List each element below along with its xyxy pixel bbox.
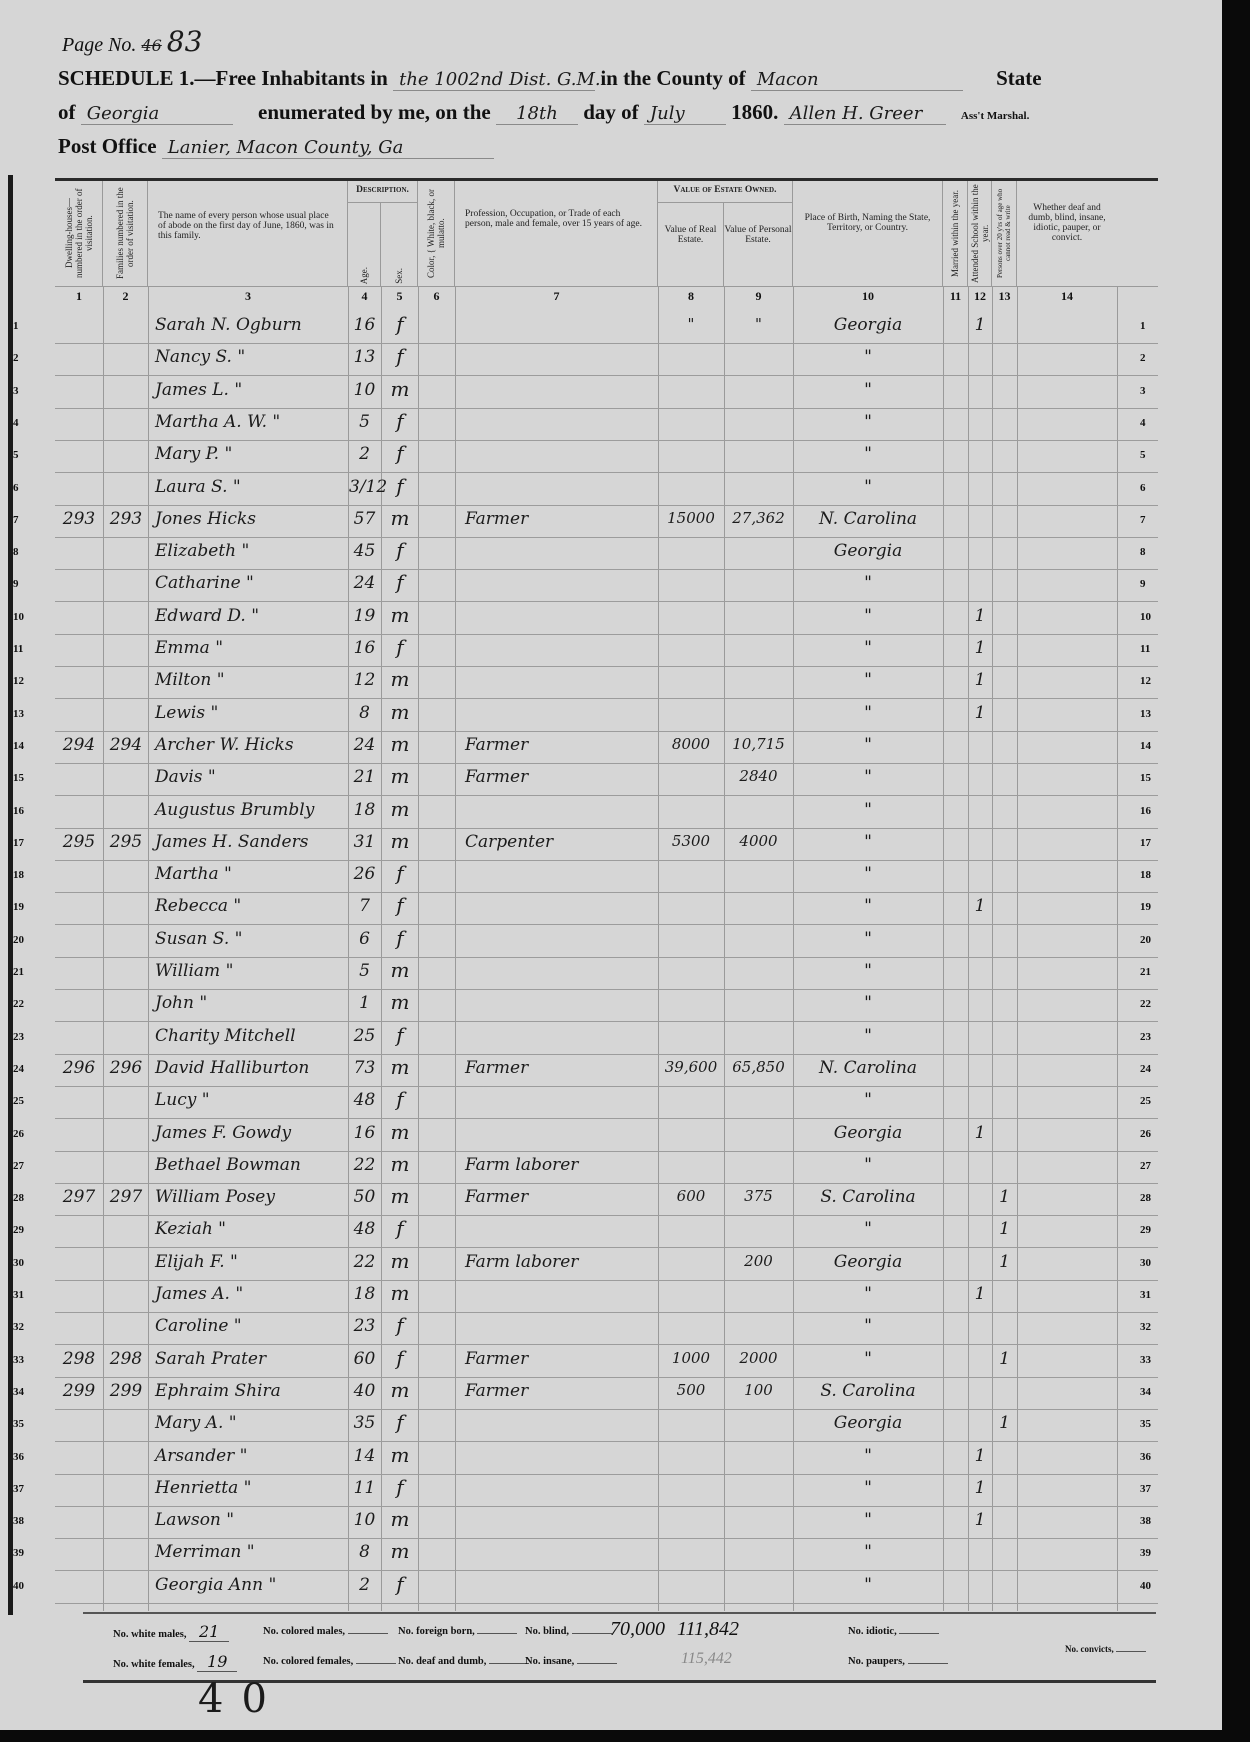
person-sex: f (382, 1572, 418, 1596)
colored-males-count: No. colored males, (263, 1626, 388, 1637)
row-number-right: 15 (1140, 772, 1151, 784)
person-sex: f (382, 1410, 418, 1434)
person-name: Charity Mitchell (155, 1026, 296, 1046)
person-name: Davis " (155, 767, 216, 787)
birthplace: " (795, 606, 941, 626)
scan-border-right (1222, 0, 1250, 1742)
page-summary: No. white males, 21 No. white females, 1… (83, 1612, 1156, 1683)
birthplace: " (795, 1284, 941, 1304)
person-age: 3/12 (349, 477, 380, 497)
person-sex: m (382, 1184, 418, 1208)
personal-estate-value: 2000 (725, 1349, 792, 1367)
row-number-right: 39 (1140, 1547, 1151, 1559)
col-header-sex: Sex. (381, 203, 418, 286)
person-sex: m (382, 764, 418, 788)
foreign-born-count: No. foreign born, (398, 1626, 517, 1637)
table-row: 26 James F. Gowdy 16 m Georgia 1 26 (55, 1119, 1158, 1152)
table-row: 14 294 294 Archer W. Hicks 24 m Farmer 8… (55, 731, 1158, 764)
person-age: 50 (349, 1187, 380, 1207)
school-mark: 1 (968, 315, 992, 335)
row-number-right: 36 (1140, 1451, 1151, 1463)
row-number-right: 32 (1140, 1321, 1151, 1333)
birthplace: " (795, 1155, 941, 1175)
birthplace: " (795, 444, 941, 464)
row-number-right: 26 (1140, 1128, 1151, 1140)
person-name: Sarah N. Ogburn (155, 315, 302, 335)
row-number-right: 27 (1140, 1160, 1151, 1172)
birthplace: " (795, 993, 941, 1013)
birthplace: " (795, 1446, 941, 1466)
person-age: 18 (349, 1284, 380, 1304)
person-name: William " (155, 961, 233, 981)
row-number-left: 2 (13, 352, 19, 364)
person-sex: f (382, 1313, 418, 1337)
row-number-left: 31 (13, 1289, 24, 1301)
row-number-right: 16 (1140, 805, 1151, 817)
table-row: 37 Henrietta " 11 f " 1 37 (55, 1474, 1158, 1507)
person-sex: m (382, 667, 418, 691)
description-group-header: Description. (348, 181, 418, 203)
table-row: 6 Laura S. " 3/12 f " 6 (55, 473, 1158, 506)
schedule-title-line: SCHEDULE 1.—Free Inhabitants in the 1002… (58, 66, 1042, 91)
person-age: 5 (349, 961, 380, 981)
person-name: James H. Sanders (155, 832, 308, 852)
birthplace: S. Carolina (795, 1381, 941, 1401)
real-estate-value: 15000 (659, 509, 723, 527)
dwelling-number: 296 (57, 1058, 101, 1078)
day-field: 18th (496, 103, 578, 125)
row-number-left: 4 (13, 417, 19, 429)
page-total-pencil: 40 (198, 1676, 285, 1722)
table-row: 11 Emma " 16 f " 1 11 (55, 634, 1158, 667)
person-age: 40 (349, 1381, 380, 1401)
person-age: 1 (349, 993, 380, 1013)
row-number-right: 1 (1140, 320, 1146, 332)
row-number-right: 10 (1140, 611, 1151, 623)
person-name: Lawson " (155, 1510, 234, 1530)
row-number-right: 28 (1140, 1192, 1151, 1204)
row-number-right: 9 (1140, 578, 1146, 590)
table-row: 24 296 296 David Halliburton 73 m Farmer… (55, 1054, 1158, 1087)
person-name: Caroline " (155, 1316, 242, 1336)
birthplace: " (795, 412, 941, 432)
table-row: 8 Elizabeth " 45 f Georgia 8 (55, 537, 1158, 570)
table-row: 28 297 297 William Posey 50 m Farmer 600… (55, 1183, 1158, 1216)
census-table: Dwelling-houses—numbered in the order of… (55, 178, 1158, 1611)
birthplace: " (795, 573, 941, 593)
person-sex: f (382, 1346, 418, 1370)
birthplace: " (795, 1510, 941, 1530)
person-name: Elijah F. " (155, 1252, 238, 1272)
table-row: 31 James A. " 18 m " 1 31 (55, 1280, 1158, 1313)
person-sex: m (382, 732, 418, 756)
row-number-right: 11 (1140, 643, 1150, 655)
person-age: 22 (349, 1155, 380, 1175)
person-age: 8 (349, 1542, 380, 1562)
personal-estate-value: 65,850 (725, 1058, 792, 1076)
illiterate-mark: 1 (992, 1413, 1017, 1433)
table-row: 21 William " 5 m " 21 (55, 957, 1158, 990)
school-mark: 1 (968, 606, 992, 626)
person-age: 25 (349, 1026, 380, 1046)
school-mark: 1 (968, 703, 992, 723)
row-number-right: 35 (1140, 1418, 1151, 1430)
table-row: 1 Sarah N. Ogburn 16 f " " Georgia 1 1 (55, 311, 1158, 344)
col-header-disability: Whether deaf and dumb, blind, insane, id… (1017, 181, 1117, 286)
post-office-field: Lanier, Macon County, Ga (162, 137, 494, 159)
row-number-right: 24 (1140, 1063, 1151, 1075)
row-number-left: 26 (13, 1128, 24, 1140)
row-number-right: 37 (1140, 1483, 1151, 1495)
person-age: 14 (349, 1446, 380, 1466)
personal-estate-value: " (725, 315, 792, 333)
person-sex: f (382, 409, 418, 433)
person-occupation: Farmer (465, 735, 528, 755)
row-number-left: 3 (13, 385, 19, 397)
person-age: 57 (349, 509, 380, 529)
row-number-left: 18 (13, 869, 24, 881)
person-age: 16 (349, 1123, 380, 1143)
person-sex: f (382, 893, 418, 917)
person-age: 2 (349, 444, 380, 464)
person-age: 16 (349, 315, 380, 335)
person-sex: f (382, 1475, 418, 1499)
person-age: 60 (349, 1349, 380, 1369)
real-estate-total: 70,000 (610, 1618, 665, 1641)
person-sex: f (382, 1023, 418, 1047)
birthplace: " (795, 735, 941, 755)
row-number-left: 39 (13, 1547, 24, 1559)
birthplace: " (795, 1090, 941, 1110)
table-row: 38 Lawson " 10 m " 1 38 (55, 1506, 1158, 1539)
birthplace: " (795, 638, 941, 658)
person-name: Nancy S. " (155, 347, 245, 367)
school-mark: 1 (968, 670, 992, 690)
col-header-personal-estate: Value of Personal Estate. (724, 203, 793, 286)
row-number-left: 33 (13, 1354, 24, 1366)
table-row: 27 Bethael Bowman 22 m Farm laborer " 27 (55, 1151, 1158, 1184)
row-number-left: 6 (13, 482, 19, 494)
school-mark: 1 (968, 1478, 992, 1498)
col-header-illiterate: Persons over 20 y'rs of age who cannot r… (992, 181, 1017, 286)
col-header-married: Married within the year. (943, 181, 968, 286)
person-sex: f (382, 1216, 418, 1240)
person-age: 22 (349, 1252, 380, 1272)
table-row: 2 Nancy S. " 13 f " 2 (55, 343, 1158, 376)
person-age: 24 (349, 735, 380, 755)
person-name: Arsander " (155, 1446, 248, 1466)
person-age: 5 (349, 412, 380, 432)
person-sex: m (382, 1281, 418, 1305)
real-estate-value: 500 (659, 1381, 723, 1399)
person-sex: m (382, 377, 418, 401)
personal-estate-total: 111,842 (677, 1618, 739, 1641)
person-name: Susan S. " (155, 929, 242, 949)
person-age: 48 (349, 1219, 380, 1239)
table-row: 5 Mary P. " 2 f " 5 (55, 440, 1158, 473)
birthplace: " (795, 670, 941, 690)
row-number-right: 5 (1140, 449, 1146, 461)
person-name: Merriman " (155, 1542, 255, 1562)
person-name: Rebecca " (155, 896, 241, 916)
person-age: 13 (349, 347, 380, 367)
person-sex: m (382, 829, 418, 853)
dwelling-number: 298 (57, 1349, 101, 1369)
person-age: 21 (349, 767, 380, 787)
col-header-birthplace: Place of Birth, Naming the State, Territ… (793, 181, 943, 286)
table-row: 34 299 299 Ephraim Shira 40 m Farmer 500… (55, 1377, 1158, 1410)
person-sex: m (382, 506, 418, 530)
person-name: Milton " (155, 670, 225, 690)
person-occupation: Farmer (465, 1349, 528, 1369)
row-number-left: 7 (13, 514, 19, 526)
person-name: Martha " (155, 864, 232, 884)
person-occupation: Farmer (465, 767, 528, 787)
col-header-age: Age. (348, 203, 381, 286)
personal-estate-total-pencil: 115,442 (681, 1650, 732, 1668)
row-number-left: 19 (13, 901, 24, 913)
person-age: 10 (349, 380, 380, 400)
birthplace: " (795, 800, 941, 820)
school-mark: 1 (968, 896, 992, 916)
person-name: Mary P. " (155, 444, 232, 464)
table-row: 22 John " 1 m " 22 (55, 989, 1158, 1022)
row-number-right: 30 (1140, 1257, 1151, 1269)
birthplace: " (795, 1316, 941, 1336)
personal-estate-value: 100 (725, 1381, 792, 1399)
real-estate-value: 39,600 (659, 1058, 723, 1076)
person-name: Mary A. " (155, 1413, 237, 1433)
white-females-count: No. white females, 19 (113, 1652, 237, 1672)
person-name: John " (155, 993, 207, 1013)
col-header-color: Color, { White, black, or mulatto. (418, 181, 455, 286)
table-row: 3 James L. " 10 m " 3 (55, 376, 1158, 409)
person-age: 19 (349, 606, 380, 626)
person-name: Augustus Brumbly (155, 800, 314, 820)
table-row: 25 Lucy " 48 f " 25 (55, 1086, 1158, 1119)
person-name: Laura S. " (155, 477, 241, 497)
table-row: 36 Arsander " 14 m " 1 36 (55, 1442, 1158, 1475)
person-age: 10 (349, 1510, 380, 1530)
person-age: 8 (349, 703, 380, 723)
person-occupation: Farmer (465, 509, 528, 529)
birthplace: S. Carolina (795, 1187, 941, 1207)
col-header-real-estate: Value of Real Estate. (658, 203, 724, 286)
dwelling-number: 297 (57, 1187, 101, 1207)
row-number-right: 21 (1140, 966, 1151, 978)
dwelling-number: 294 (57, 735, 101, 755)
table-row: 23 Charity Mitchell 25 f " 23 (55, 1022, 1158, 1055)
white-males-count: No. white males, 21 (113, 1622, 229, 1642)
birthplace: " (795, 1575, 941, 1595)
birthplace: " (795, 477, 941, 497)
table-row: 17 295 295 James H. Sanders 31 m Carpent… (55, 828, 1158, 861)
family-number: 296 (105, 1058, 147, 1078)
col-header-family: Families numbered in the order of visita… (103, 181, 148, 286)
table-row: 12 Milton " 12 m " 1 12 (55, 666, 1158, 699)
birthplace: " (795, 1349, 941, 1369)
birthplace: " (795, 380, 941, 400)
row-number-left: 5 (13, 449, 19, 461)
row-number-left: 40 (13, 1580, 24, 1592)
family-number: 299 (105, 1381, 147, 1401)
colored-females-count: No. colored females, (263, 1656, 396, 1667)
person-age: 7 (349, 896, 380, 916)
birthplace: " (795, 896, 941, 916)
table-row: 7 293 293 Jones Hicks 57 m Farmer 15000 … (55, 505, 1158, 538)
table-row: 18 Martha " 26 f " 18 (55, 860, 1158, 893)
family-number: 293 (105, 509, 147, 529)
person-age: 23 (349, 1316, 380, 1336)
birthplace: " (795, 961, 941, 981)
row-number-right: 29 (1140, 1224, 1151, 1236)
birthplace: " (795, 1026, 941, 1046)
row-number-left: 27 (13, 1160, 24, 1172)
page-number: Page No. 46 83 (62, 25, 202, 58)
personal-estate-value: 27,362 (725, 509, 792, 527)
person-name: William Posey (155, 1187, 275, 1207)
person-name: Georgia Ann " (155, 1575, 276, 1595)
personal-estate-value: 10,715 (725, 735, 792, 753)
person-sex: m (382, 1120, 418, 1144)
scan-border-bottom (0, 1730, 1250, 1742)
row-number-right: 2 (1140, 352, 1146, 364)
page-number-struck: 46 (141, 36, 161, 55)
person-sex: f (382, 570, 418, 594)
person-age: 2 (349, 1575, 380, 1595)
family-number: 297 (105, 1187, 147, 1207)
col-header-dwelling: Dwelling-houses—numbered in the order of… (55, 181, 103, 286)
person-sex: f (382, 1087, 418, 1111)
census-page: Page No. 46 83 SCHEDULE 1.—Free Inhabita… (0, 0, 1250, 1730)
marshal-name: Allen H. Greer (784, 103, 946, 125)
row-number-left: 16 (13, 805, 24, 817)
row-number-left: 8 (13, 546, 19, 558)
row-number-left: 21 (13, 966, 24, 978)
birthplace: " (795, 703, 941, 723)
family-number: 298 (105, 1349, 147, 1369)
person-name: James L. " (155, 380, 242, 400)
row-number-right: 38 (1140, 1515, 1151, 1527)
row-number-right: 7 (1140, 514, 1146, 526)
row-number-right: 19 (1140, 901, 1151, 913)
birthplace: Georgia (795, 1413, 941, 1433)
birthplace: " (795, 767, 941, 787)
person-sex: f (382, 312, 418, 336)
row-number-right: 13 (1140, 708, 1151, 720)
birthplace: " (795, 347, 941, 367)
table-row: 19 Rebecca " 7 f " 1 19 (55, 892, 1158, 925)
idiotic-count: No. idiotic, (848, 1626, 939, 1637)
col-header-school: Attended School within the year. (968, 181, 992, 286)
table-row: 30 Elijah F. " 22 m Farm laborer 200 Geo… (55, 1248, 1158, 1281)
table-row: 9 Catharine " 24 f " 9 (55, 569, 1158, 602)
person-sex: m (382, 797, 418, 821)
row-number-left: 14 (13, 740, 24, 752)
person-name: Elizabeth " (155, 541, 249, 561)
table-row: 15 Davis " 21 m Farmer 2840 " 15 (55, 763, 1158, 796)
table-row: 35 Mary A. " 35 f Georgia 1 35 (55, 1409, 1158, 1442)
state-field: Georgia (81, 103, 233, 125)
person-age: 16 (349, 638, 380, 658)
real-estate-value: 5300 (659, 832, 723, 850)
row-number-right: 34 (1140, 1386, 1151, 1398)
person-name: Emma " (155, 638, 223, 658)
person-sex: f (382, 344, 418, 368)
table-row: 33 298 298 Sarah Prater 60 f Farmer 1000… (55, 1345, 1158, 1378)
person-age: 11 (349, 1478, 380, 1498)
table-row: 20 Susan S. " 6 f " 20 (55, 925, 1158, 958)
row-number-right: 31 (1140, 1289, 1151, 1301)
enumeration-line: of Georgia enumerated by me, on the 18th… (58, 100, 1029, 125)
person-age: 26 (349, 864, 380, 884)
row-number-left: 15 (13, 772, 24, 784)
row-number-right: 18 (1140, 869, 1151, 881)
birthplace: N. Carolina (795, 509, 941, 529)
birthplace: " (795, 832, 941, 852)
person-sex: f (382, 861, 418, 885)
real-estate-value: 8000 (659, 735, 723, 753)
person-occupation: Farmer (465, 1058, 528, 1078)
birthplace: " (795, 929, 941, 949)
birthplace: Georgia (795, 315, 941, 335)
person-sex: m (382, 1055, 418, 1079)
post-office-line: Post Office Lanier, Macon County, Ga (58, 134, 494, 159)
person-sex: m (382, 700, 418, 724)
row-number-right: 40 (1140, 1580, 1151, 1592)
row-number-right: 14 (1140, 740, 1151, 752)
person-name: Keziah " (155, 1219, 226, 1239)
real-estate-value: " (659, 315, 723, 333)
personal-estate-value: 375 (725, 1187, 792, 1205)
school-mark: 1 (968, 638, 992, 658)
person-name: James F. Gowdy (155, 1123, 291, 1143)
paupers-count: No. paupers, (848, 1656, 948, 1667)
person-sex: f (382, 538, 418, 562)
person-sex: m (382, 1152, 418, 1176)
row-number-left: 38 (13, 1515, 24, 1527)
row-number-left: 35 (13, 1418, 24, 1430)
row-number-right: 6 (1140, 482, 1146, 494)
birthplace: N. Carolina (795, 1058, 941, 1078)
person-name: Edward D. " (155, 606, 259, 626)
person-name: Lewis " (155, 703, 218, 723)
person-name: Martha A. W. " (155, 412, 280, 432)
deaf-dumb-count: No. deaf and dumb, (398, 1656, 529, 1667)
person-sex: m (382, 958, 418, 982)
row-number-left: 10 (13, 611, 24, 623)
row-number-right: 20 (1140, 934, 1151, 946)
row-number-left: 25 (13, 1095, 24, 1107)
table-row: 4 Martha A. W. " 5 f " 4 (55, 408, 1158, 441)
row-number-left: 1 (13, 320, 19, 332)
person-sex: m (382, 1539, 418, 1563)
row-number-left: 37 (13, 1483, 24, 1495)
person-name: Lucy " (155, 1090, 210, 1110)
person-name: Archer W. Hicks (155, 735, 294, 755)
person-name: James A. " (155, 1284, 243, 1304)
row-number-left: 32 (13, 1321, 24, 1333)
person-name: Catharine " (155, 573, 254, 593)
row-number-left: 12 (13, 675, 24, 687)
person-age: 18 (349, 800, 380, 820)
table-row: 40 Georgia Ann " 2 f " 40 (55, 1571, 1158, 1604)
row-number-left: 17 (13, 837, 24, 849)
person-name: Henrietta " (155, 1478, 251, 1498)
table-row: 29 Keziah " 48 f " 1 29 (55, 1215, 1158, 1248)
person-name: Jones Hicks (155, 509, 256, 529)
page-number-value: 83 (167, 25, 203, 58)
